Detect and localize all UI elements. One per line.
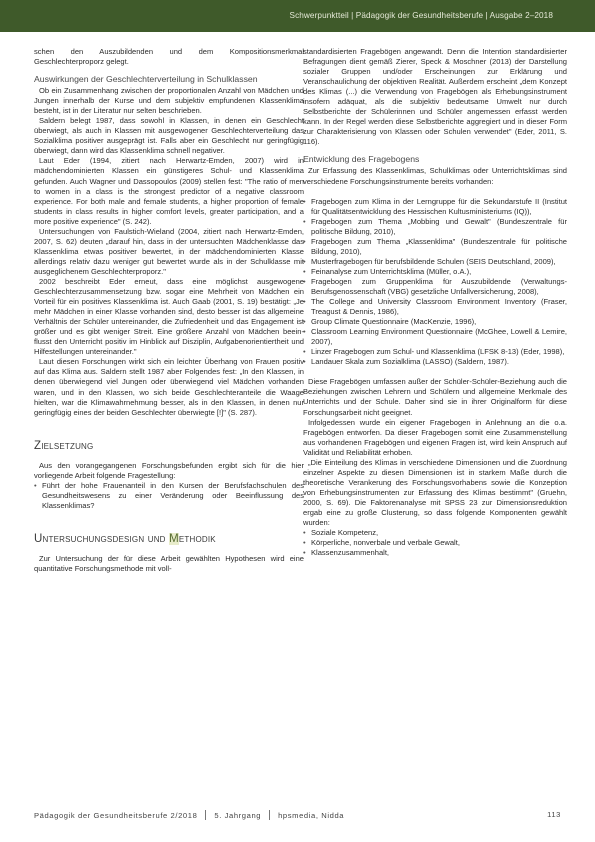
paragraph: Untersuchungen von Faulstich-Wieland (20… bbox=[34, 227, 304, 277]
footer-divider bbox=[205, 810, 206, 820]
left-column: schen den Auszubildenden und dem Komposi… bbox=[34, 47, 304, 574]
component-list: Soziale Kompetenz, Körperliche, nonverba… bbox=[303, 528, 567, 558]
list-item: Fragebogen zum Thema „Klassenklima" (Bun… bbox=[303, 237, 567, 257]
footer-divider bbox=[269, 810, 270, 820]
paragraph: Saldern belegt 1987, dass sowohl in Klas… bbox=[34, 116, 304, 156]
running-header-bar: Schwerpunktteil | Pädagogik der Gesundhe… bbox=[0, 0, 595, 32]
subheading-questionnaire-development: Entwicklung des Fragebogens bbox=[303, 154, 567, 165]
list-item: Linzer Fragebogen zum Schul- und Klassen… bbox=[303, 347, 567, 357]
list-item: Soziale Kompetenz, bbox=[303, 528, 567, 538]
journal-name: Pädagogik der Gesundheitsberufe 2/2018 bbox=[34, 811, 197, 820]
paragraph: schen den Auszubildenden und dem Komposi… bbox=[34, 47, 304, 67]
list-item: Landauer Skala zum Sozialklima (LASSO) (… bbox=[303, 357, 567, 367]
paragraph: Zur Untersuchung der für diese Arbeit ge… bbox=[34, 554, 304, 574]
highlighted-letter: M bbox=[169, 533, 179, 545]
volume: 5. Jahrgang bbox=[214, 811, 261, 820]
paragraph: 2002 beschreibt Eder erneut, dass eine m… bbox=[34, 277, 304, 357]
paragraph: Laut Eder (1994, zitiert nach Herwartz-E… bbox=[34, 156, 304, 226]
paragraph: Aus den vorangegangenen Forschungsbefund… bbox=[34, 461, 304, 481]
list-item: Fragebogen zum Thema „Mobbing und Gewalt… bbox=[303, 217, 567, 237]
heading-text: Untersuchungsdesign und bbox=[34, 533, 169, 545]
paragraph: standardisierten Fragebögen angewandt. D… bbox=[303, 47, 567, 147]
section-heading-zielsetzung: Zielsetzung bbox=[34, 440, 304, 453]
research-question-list: Führt der hohe Frauenanteil in den Kurse… bbox=[34, 481, 304, 511]
list-item: Musterfragebogen für berufsbildende Schu… bbox=[303, 257, 567, 267]
paragraph: „Die Einteilung des Klimas in verschiede… bbox=[303, 458, 567, 528]
paragraph: Infolgedessen wurde ein eigener Fragebog… bbox=[303, 418, 567, 458]
list-item: Fragebogen zum Klima in der Lerngruppe f… bbox=[303, 197, 567, 217]
subheading-gender-distribution: Auswirkungen der Geschlechterverteilung … bbox=[34, 74, 304, 85]
list-item: Körperliche, nonverbale und verbale Gewa… bbox=[303, 538, 567, 548]
right-column: standardisierten Fragebögen angewandt. D… bbox=[303, 47, 567, 558]
heading-text: ethodik bbox=[179, 533, 216, 545]
list-item: Führt der hohe Frauenanteil in den Kurse… bbox=[34, 481, 304, 511]
list-item: Klassenzusammenhalt, bbox=[303, 548, 567, 558]
section-heading-design-methodik: Untersuchungsdesign und Methodik bbox=[34, 533, 304, 546]
paragraph: Diese Fragebögen umfassen außer der Schü… bbox=[303, 377, 567, 417]
running-header-title: Schwerpunktteil | Pädagogik der Gesundhe… bbox=[290, 11, 553, 20]
page-number: 113 bbox=[547, 810, 561, 819]
paragraph: Zur Erfassung des Klassenklimas, Schulkl… bbox=[303, 166, 567, 186]
instrument-list: Fragebogen zum Klima in der Lerngruppe f… bbox=[303, 197, 567, 368]
list-item: Classroom Learning Environment Questionn… bbox=[303, 327, 567, 347]
list-item: Group Climate Questionnaire (MacKenzie, … bbox=[303, 317, 567, 327]
list-item: The College and University Classroom Env… bbox=[303, 297, 567, 317]
list-item: Fragebogen zum Gruppenklima für Auszubil… bbox=[303, 277, 567, 297]
paragraph: Laut diesen Forschungen wirkt sich ein l… bbox=[34, 357, 304, 417]
paragraph: Ob ein Zusammenhang zwischen der proport… bbox=[34, 86, 304, 116]
list-item: Feinanalyse zum Unterrichtsklima (Müller… bbox=[303, 267, 567, 277]
page-footer: Pädagogik der Gesundheitsberufe 2/20185.… bbox=[34, 810, 564, 820]
publisher: hpsmedia, Nidda bbox=[278, 811, 344, 820]
